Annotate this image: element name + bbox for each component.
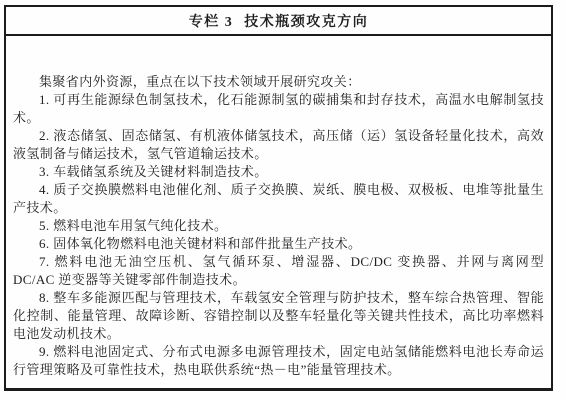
tech-item-6: 6. 固体氧化物燃料电池关键材料和部件批量生产技术。 (13, 235, 544, 253)
tech-item-8: 8. 整车多能源匹配与管理技术，车载氢安全管理与防护技术，整车综合热管理、智能化… (13, 289, 544, 343)
tech-item-2: 2. 液态储氢、固态储氢、有机液体储氢技术，高压储（运）氢设备轻量化技术，高效液… (13, 127, 544, 163)
intro-paragraph: 集聚省内外资源，重点在以下技术领域开展研究攻关： (13, 73, 544, 91)
tech-item-4: 4. 质子交换膜燃料电池催化剂、质子交换膜、炭纸、膜电极、双极板、电堆等批量生产… (13, 181, 544, 217)
tech-item-1: 1. 可再生能源绿色制氢技术，化石能源制氢的碳捕集和封存技术，高温水电解制氢技术… (13, 91, 544, 127)
panel-body: 集聚省内外资源，重点在以下技术领域开展研究攻关： 1. 可再生能源绿色制氢技术，… (6, 36, 551, 379)
tech-item-3: 3. 车载储氢系统及关键材料制造技术。 (13, 163, 544, 181)
tech-item-7: 7. 燃料电池无油空压机、氢气循环泵、增湿器、DC/DC 变换器、并网与离网型 … (13, 253, 544, 289)
panel-title-bar: 专栏 3 技术瓶颈攻克方向 (6, 7, 551, 36)
panel-title-text: 技术瓶颈攻克方向 (244, 11, 368, 31)
panel-title-label: 专栏 3 (189, 11, 234, 31)
tech-item-9: 9. 燃料电池固定式、分布式电源多电源管理技术，固定电站氢储能燃料电池长寿命运行… (13, 343, 544, 379)
tech-item-5: 5. 燃料电池车用氢气纯化技术。 (13, 217, 544, 235)
column-panel: 专栏 3 技术瓶颈攻克方向 集聚省内外资源，重点在以下技术领域开展研究攻关： 1… (4, 5, 553, 391)
document-page: 专栏 3 技术瓶颈攻克方向 集聚省内外资源，重点在以下技术领域开展研究攻关： 1… (0, 0, 566, 400)
